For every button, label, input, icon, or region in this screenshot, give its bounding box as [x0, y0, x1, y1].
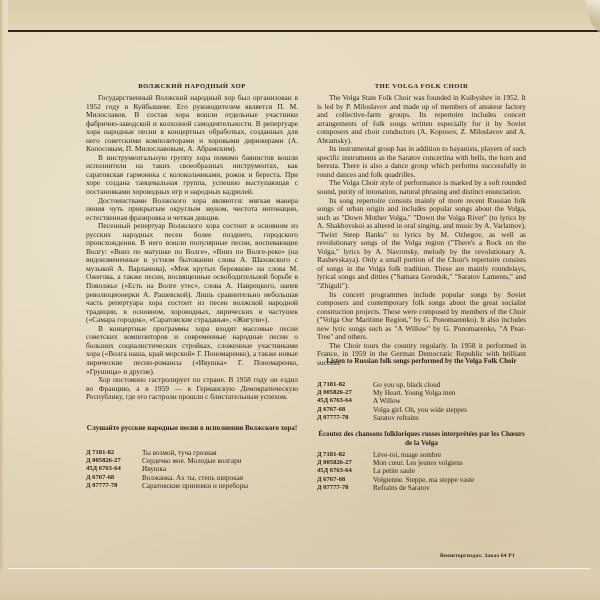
record-code: 45Д 6763-64 — [86, 465, 142, 473]
record-code: Д 07777-78 — [86, 482, 142, 490]
english-listen-title: Listen to Russian folk songs performed b… — [317, 357, 526, 366]
sleeve-bottom-flap — [0, 569, 600, 600]
record-title: My Heart. Young Volga men — [373, 389, 455, 397]
record-title: Volgienne. Steppe, ma steppe vaste — [373, 476, 474, 484]
record-title: Lève-toi, nuage sombre — [373, 451, 441, 459]
printer-imprint: Внешторгиздат. Заказ 64 Р1 — [440, 553, 515, 559]
record-title: A Willow — [373, 397, 401, 405]
russian-record-list: Д 7181-82Ты возмой, туча грозная Д 00582… — [86, 449, 298, 490]
record-row: 45Д 6763-64A Willow — [317, 397, 526, 405]
record-title: Саратовские припевки и переборы — [142, 482, 248, 490]
record-code: Д 005826-27 — [86, 457, 142, 465]
record-title: Refrains de Saratov — [373, 484, 430, 492]
record-code: Д 7181-82 — [86, 449, 142, 457]
record-row: Д 7181-82Go you up, black cloud — [317, 381, 526, 389]
paragraph: Достоинствами Волжского хора являются: м… — [86, 197, 298, 223]
record-row: Д 6767-68Волжанка. Ах ты, степь широкая — [86, 474, 298, 482]
record-code: Д 005826-27 — [317, 389, 373, 397]
paragraph: Песенный репертуар Волжского хора состои… — [86, 222, 298, 325]
record-title: La petite saule — [373, 467, 415, 475]
record-code: Д 6767-68 — [317, 476, 373, 484]
record-row: Д 005826-27My Heart. Young Volga men — [317, 389, 526, 397]
paragraph: Государственный Волжский народный хор бы… — [86, 94, 298, 154]
record-title: Mon cœur. Les jeunes volgiens — [373, 459, 463, 467]
sleeve-top-flap — [8, 0, 600, 30]
record-row: Д 005826-27Mon cœur. Les jeunes volgiens — [317, 459, 526, 467]
record-title: Ты возмой, туча грозная — [142, 449, 216, 457]
paragraph: Its song repertoire consists mainly of m… — [317, 197, 526, 291]
english-heading: THE VOLGA FOLK CHOIR — [317, 83, 526, 90]
paragraph: В концертные программы хора входят массо… — [86, 325, 298, 376]
french-listen-title: Écoutez des chansons folkloriques russes… — [317, 430, 526, 448]
record-code: 45Д 6763-64 — [317, 397, 373, 405]
record-title: Go you up, black cloud — [373, 381, 440, 389]
record-row: Д 6767-68Volgienne. Steppe, ma steppe va… — [317, 476, 526, 484]
record-title: Волжанка. Ах ты, степь широкая — [142, 474, 243, 482]
record-code: Д 6767-68 — [86, 474, 142, 482]
record-code: Д 005826-27 — [317, 459, 373, 467]
english-record-list: Д 7181-82Go you up, black cloud Д 005826… — [317, 381, 526, 422]
russian-heading: ВОЛЖСКИЙ НАРОДНЫЙ ХОР — [86, 83, 298, 90]
top-flap-rule — [8, 30, 600, 32]
record-title: Saratov refrains — [373, 414, 419, 422]
record-code: Д 07777-78 — [317, 414, 373, 422]
record-code: Д 7181-82 — [317, 381, 373, 389]
russian-liner-notes: Государственный Волжский народный хор бы… — [86, 94, 298, 402]
record-row: Д 005826-27Сердечко мое. Молодые волгари — [86, 457, 298, 465]
record-row: Д 6767-68Volga girl. Oh, you wide steppe… — [317, 406, 526, 414]
record-row: Д 07777-78Saratov refrains — [317, 414, 526, 422]
paragraph: The Volga Choir style of performance is … — [317, 179, 526, 196]
english-liner-notes: The Volga State Folk Choir was founded i… — [317, 94, 526, 368]
record-code: Д 6767-68 — [317, 406, 373, 414]
paragraph: The Volga State Folk Choir was founded i… — [317, 94, 526, 145]
french-record-list: Д 7181-82Lève-toi, nuage sombre Д 005826… — [317, 451, 526, 492]
record-code: Д 07777-78 — [317, 484, 373, 492]
record-code: Д 7181-82 — [317, 451, 373, 459]
record-title: Volga girl. Oh, you wide steppes — [373, 406, 467, 414]
record-title: Сердечко мое. Молодые волгари — [142, 457, 242, 465]
paragraph: В инструментальную группу хора помимо ба… — [86, 154, 298, 197]
paragraph: Хор постоянно гастролирует по стране. В … — [86, 376, 298, 402]
record-row: Д 7181-82Lève-toi, nuage sombre — [317, 451, 526, 459]
paragraph: Its concert programmes include popular s… — [317, 291, 526, 342]
record-row: 45Д 6763-64Ивушка — [86, 465, 298, 473]
record-row: Д 07777-78Саратовские припевки и перебор… — [86, 482, 298, 490]
record-code: 45Д 6763-64 — [317, 467, 373, 475]
record-row: Д 07777-78Refrains de Saratov — [317, 484, 526, 492]
record-row: 45Д 6763-64La petite saule — [317, 467, 526, 475]
russian-listen-title: Слушайте русские народные песни в исполн… — [86, 424, 298, 433]
sleeve-left-edge — [0, 0, 4, 600]
paragraph: Its instrumental group has in addition t… — [317, 145, 526, 179]
record-row: Д 7181-82Ты возмой, туча грозная — [86, 449, 298, 457]
record-title: Ивушка — [142, 465, 166, 473]
